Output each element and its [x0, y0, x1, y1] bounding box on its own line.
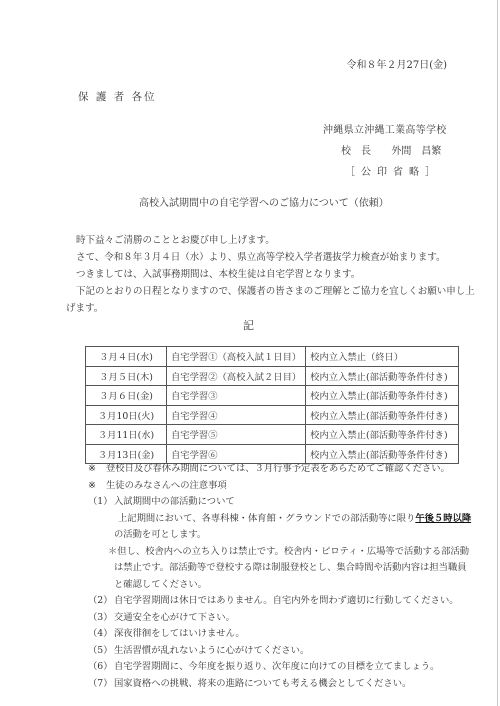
- ki-heading: 記: [243, 317, 254, 333]
- list-item: （2）自宅学習期間は休日ではありません。自宅内外を問わず適切に行動してください。: [88, 593, 471, 610]
- note-mark: ※: [88, 478, 106, 495]
- list-item: （6）自宅学習期間に、今年度を振り返り、次年度に向けての目標を立てましょう。: [88, 659, 471, 676]
- note-mark: ※: [88, 461, 106, 478]
- principal-name: 外間 昌繁: [391, 142, 441, 157]
- item-text: 深夜徘徊をしてはいけません。: [114, 628, 245, 639]
- seal-omitted-note: ［公印省略］: [345, 163, 441, 178]
- item-number: （2）: [88, 593, 114, 610]
- table-row: ３月10日(火) 自宅学習④ 校内立入禁止(部活動等条件付き): [86, 405, 459, 425]
- table-row: ３月11日(水) 自宅学習⑤ 校内立入禁止(部活動等条件付き): [86, 425, 459, 445]
- document-title: 高校入試期間中の自宅学習へのご協力について（依頼）: [139, 194, 389, 209]
- list-item: （7）国家資格への挑戦、将来の進路についても考える機会としてください。: [88, 676, 471, 693]
- note-item: ※生徒のみなさんへの注意事項: [88, 478, 450, 495]
- date-cell: ３月５日(木): [86, 366, 167, 386]
- item-1-line: の活動を可とします。: [88, 527, 471, 544]
- page-edge: [497, 0, 498, 706]
- study-cell: 自宅学習⑤: [167, 425, 306, 445]
- list-item: （5）生活習慣が乱れないように心がけてください。: [88, 643, 471, 660]
- study-cell: 自宅学習④: [167, 405, 306, 425]
- principal-line: 校 長 外間 昌繁: [341, 142, 441, 157]
- item-1-caveat: と確認してください。: [88, 577, 471, 594]
- addressee: 保 護 者 各位: [78, 89, 157, 104]
- body-paragraph: げます。: [66, 300, 476, 317]
- study-cell: 自宅学習③: [167, 386, 306, 406]
- item-number: （6）: [88, 659, 114, 676]
- principal-title: 校 長: [341, 142, 371, 157]
- item-text: 自宅学習期間に、今年度を振り返り、次年度に向けての目標を立てましょう。: [114, 661, 439, 672]
- study-cell: 自宅学習①（高校入試１日目）: [167, 347, 306, 367]
- access-cell: 校内立入禁止(部活動等条件付き): [306, 405, 459, 425]
- note-text: 登校日及び春休み期間については、３月行事予定表をあらためてご確認ください。: [106, 463, 450, 474]
- access-cell: 校内立入禁止(部活動等条件付き): [306, 386, 459, 406]
- access-cell: 校内立入禁止（終日）: [306, 347, 459, 367]
- date-cell: ３月６日(金): [86, 386, 167, 406]
- item-text: 生活習慣が乱れないように心がけてください。: [114, 645, 309, 656]
- list-item: （3）交通安全を心がけて下さい。: [88, 610, 471, 627]
- study-cell: 自宅学習②（高校入試２日目）: [167, 366, 306, 386]
- school-name: 沖縄県立沖縄工業高等学校: [323, 121, 447, 136]
- notes: ※登校日及び春休み期間については、３月行事予定表をあらためてご確認ください。 ※…: [88, 461, 450, 494]
- document-date: 令和８年２月27日(金): [346, 56, 447, 71]
- body-paragraph: 下記のとおりの日程となりますので、保護者の皆さまのご理解とご協力を宜しくお願い申…: [66, 283, 476, 300]
- access-cell: 校内立入禁止(部活動等条件付き): [306, 366, 459, 386]
- item-number: （4）: [88, 626, 114, 643]
- item-text: 交通安全を心がけて下さい。: [114, 612, 235, 623]
- date-cell: ３月10日(火): [86, 405, 167, 425]
- schedule-table: ３月４日(水) 自宅学習①（高校入試１日目） 校内立入禁止（終日） ３月５日(木…: [85, 346, 459, 464]
- date-cell: ３月11日(水): [86, 425, 167, 445]
- item-text: 自宅学習期間は休日ではありません。自宅内外を問わず適切に行動してください。: [114, 595, 459, 606]
- item-text: 国家資格への挑戦、将来の進路についても考える機会としてください。: [114, 678, 411, 689]
- item-1-caveat: は禁止です。部活動等で登校する際は制服登校とし、集合時間や活動内容は担当職員: [88, 560, 471, 577]
- emphasized-time: 午後５時以降: [415, 513, 471, 524]
- body-paragraph: さて、令和８年３月４日（水）より、県立高等学校入学者選抜学力検査が始まります。: [66, 249, 476, 266]
- table-row: ３月５日(木) 自宅学習②（高校入試２日目） 校内立入禁止(部活動等条件付き): [86, 366, 459, 386]
- item-text: 上記期間において、各専科棟・体育館・グラウンドでの部活動等に限り: [118, 513, 415, 524]
- item-1-caveat: ＊但し、校舎内への立ち入りは禁止です。校舎内・ピロティ・広場等で活動する部活動: [88, 544, 471, 561]
- body-paragraph: つきましては、入試事務期間は、本校生徒は自宅学習となります。: [66, 266, 476, 283]
- item-text: 入試期間中の部活動について: [114, 496, 235, 507]
- item-1-line: 上記期間において、各専科棟・体育館・グラウンドでの部活動等に限り午後５時以降: [88, 511, 471, 528]
- item-number: （7）: [88, 676, 114, 693]
- table-row: ３月６日(金) 自宅学習③ 校内立入禁止(部活動等条件付き): [86, 386, 459, 406]
- item-number: （3）: [88, 610, 114, 627]
- access-cell: 校内立入禁止(部活動等条件付き): [306, 425, 459, 445]
- item-number: （1）: [88, 494, 114, 511]
- item-1-heading: （1）入試期間中の部活動について: [88, 494, 471, 511]
- body-paragraph: 時下益々ご清勝のこととお慶び申し上げます。: [66, 232, 476, 249]
- item-number: （5）: [88, 643, 114, 660]
- note-text: 生徒のみなさんへの注意事項: [106, 480, 227, 491]
- note-item: ※登校日及び春休み期間については、３月行事予定表をあらためてご確認ください。: [88, 461, 450, 478]
- caution-items: （1）入試期間中の部活動について 上記期間において、各専科棟・体育館・グラウンド…: [88, 494, 471, 692]
- date-cell: ３月４日(水): [86, 347, 167, 367]
- list-item: （4）深夜徘徊をしてはいけません。: [88, 626, 471, 643]
- body-text: 時下益々ご清勝のこととお慶び申し上げます。 さて、令和８年３月４日（水）より、県…: [66, 232, 476, 317]
- table-row: ３月４日(水) 自宅学習①（高校入試１日目） 校内立入禁止（終日）: [86, 347, 459, 367]
